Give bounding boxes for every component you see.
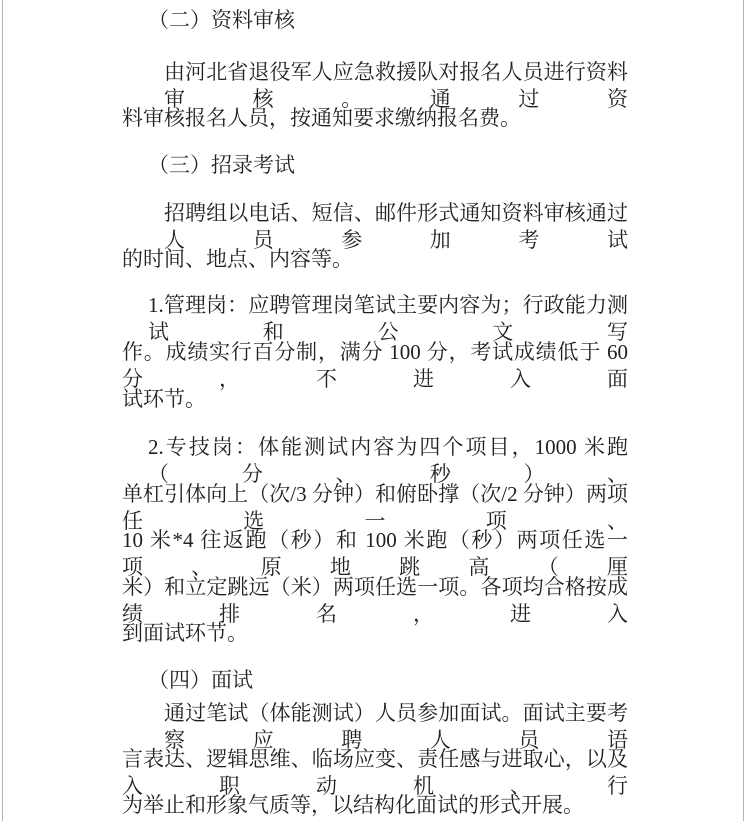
paragraph-line: 10 米*4 往返跑（秒）和 100 米跑（秒）两项任选一项、原地跳高（厘 [122, 527, 628, 581]
paragraph-line: 料审核报名人员，按通知要求缴纳报名费。 [122, 105, 628, 132]
paragraph-line: 作。成绩实行百分制，满分 100 分，考试成绩低于 60 分，不进入面 [122, 339, 628, 393]
section-heading-3: （三）招录考试 [122, 152, 628, 179]
paragraph-line: 试环节。 [122, 386, 628, 413]
page-right-edge [743, 0, 744, 821]
paragraph-line: 的时间、地点、内容等。 [122, 246, 628, 273]
page-left-edge [2, 0, 3, 821]
section-heading-2: （二）资料审核 [122, 7, 628, 34]
paragraph-line: 为举止和形象气质等，以结构化面试的形式开展。 [122, 792, 628, 819]
numbered-item-2-line: 2.专技岗：体能测试内容为四个项目，1000 米跑（分、秒）、 [122, 434, 628, 488]
document-page: （二）资料审核 由河北省退役军人应急救援队对报名人员进行资料审核。通过资 料审核… [0, 0, 746, 821]
paragraph-line: 到面试环节。 [122, 620, 628, 647]
section-heading-4: （四）面试 [122, 667, 628, 694]
numbered-item-1-line: 1.管理岗：应聘管理岗笔试主要内容为；行政能力测试和公文写 [122, 292, 628, 346]
